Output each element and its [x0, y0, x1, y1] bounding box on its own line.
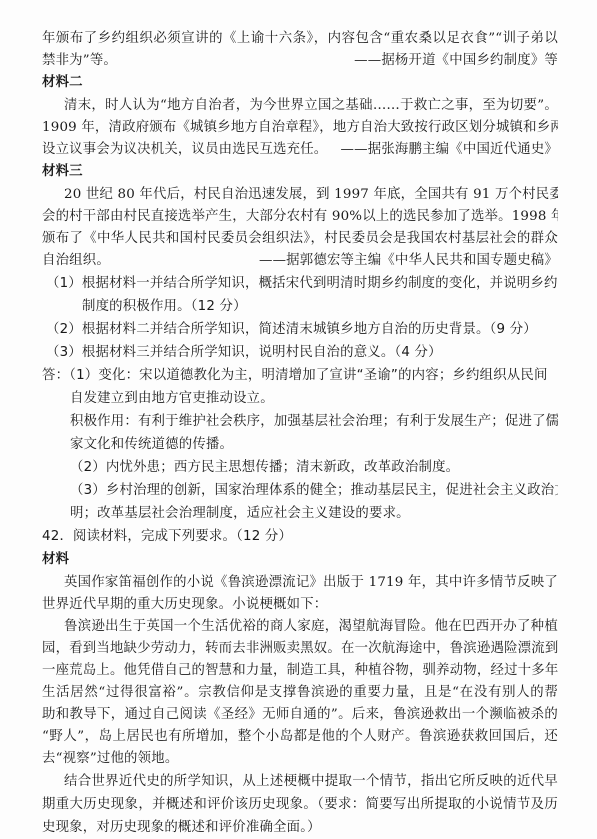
question-42-material-heading: 材料	[42, 549, 558, 571]
q42-summary-line: 一座荒岛上。他凭借自己的智慧和力量，制造工具，种植谷物，驯养动物，经过十多年，	[42, 660, 558, 682]
answer-label: （1）	[69, 368, 98, 383]
question-label: （1）	[46, 276, 82, 291]
answer-text: 变化：宋以道德教化为主，明清增加了宣讲“圣谕”的内容；乡约组织从民间	[98, 368, 547, 383]
material2-line: 清末，时人认为“地方自治者，为今世界立国之基础……于救亡之事，至为切要”。	[64, 95, 558, 117]
question-text: 根据材料三并结合所学知识，说明村民自治的意义。（4 分）	[82, 345, 442, 360]
q42-summary-line: 鲁滨逊出生于英国一个生活优裕的商人家庭，渴望航海冒险。他在巴西开办了种植	[64, 616, 558, 638]
question-text: 根据材料二并结合所学知识，简述清末城镇乡地方自治的历史背景。（9 分）	[82, 322, 537, 337]
q42-intro-line: 英国作家笛福创作的小说《鲁滨逊漂流记》出版于 1719 年，其中许多情节反映了	[64, 572, 558, 594]
answer-text: 乡村治理的创新，国家治理体系的健全；推动基层民主，促进社会主义政治文	[106, 483, 558, 498]
q42-task-line: 结合世界近代史的所学知识，从上述梗概中提取一个情节，指出它所反映的近代早	[64, 771, 558, 793]
material2-source: ——据张海鹏主编《中国近代通史》	[42, 139, 558, 161]
answer-1-cont: 自发建立到由地方官吏推动设立。	[70, 388, 558, 410]
question-42-title: 42．阅读材料，完成下列要求。（12 分）	[42, 526, 558, 548]
answer-1: 答：（1）变化：宋以道德教化为主，明清增加了宣讲“圣谕”的内容；乡约组织从民间	[42, 365, 558, 387]
q42-summary-line: “野人”，岛上居民也有所增加，整个小岛都是他的个人财产。鲁滨逊获救回国后，还	[42, 726, 558, 748]
q42-task-line: 史现象，对历史现象的概述和评价准确全面。）	[42, 817, 558, 839]
answer-1-positive-cont: 家文化和传统道德的传播。	[70, 434, 558, 456]
answer-1-positive: 积极作用：有利于维护社会秩序，加强基层社会治理；有利于发展生产；促进了儒	[70, 411, 558, 433]
material3-source: ——据郭德宏等主编《中华人民共和国专题史稿》	[42, 250, 558, 272]
answer-prefix: 答：	[42, 368, 69, 383]
question-1: （1）根据材料一并结合所学知识，概括宋代到明清时期乡约制度的变化，并说明乡约	[46, 273, 558, 295]
answer-3: （3）乡村治理的创新，国家治理体系的健全；推动基层民主，促进社会主义政治文	[70, 480, 558, 502]
question-2: （2）根据材料二并结合所学知识，简述清末城镇乡地方自治的历史背景。（9 分）	[46, 319, 558, 341]
q42-summary-line: 生活居然“过得很富裕”。宗教信仰是支撑鲁滨逊的重要力量，且是“在没有别人的帮	[42, 682, 558, 704]
material1-line: 年颁布了乡约组织必须宣讲的《上谕十六条》，内容包含“重农桑以足衣食”“训子弟以	[42, 28, 558, 50]
answer-3-cont: 明；改革基层社会治理制度，适应社会主义建设的要求。	[70, 503, 558, 525]
document-page: 年颁布了乡约组织必须宣讲的《上谕十六条》，内容包含“重农桑以足衣食”“训子弟以 …	[0, 0, 597, 839]
q42-intro-line: 世界近代早期的重大历史现象。小说梗概如下：	[42, 594, 558, 616]
question-label: （2）	[46, 322, 82, 337]
answer-label: （2）	[70, 460, 106, 475]
q42-task-line: 期重大历史现象，并概述和评价该历史现象。（要求：简要写出所提取的小说情节及历	[42, 794, 558, 816]
material1-source: ——据杨开道《中国乡约制度》等	[42, 50, 558, 72]
answer-2: （2）内忧外患；西方民主思想传播；清末新政，改革政治制度。	[70, 457, 558, 479]
material3-line: 20 世纪 80 年代后，村民自治迅速发展，到 1997 年底，全国共有 91 …	[64, 184, 558, 206]
material3-line: 会的村干部由村民直接选举产生，大部分农村有 90%以上的选民参加了选举。1998…	[42, 206, 558, 228]
material3-line: 颁布了《中华人民共和国村民委员会组织法》，村民委员会是我国农村基层社会的群众	[42, 228, 558, 250]
question-1-cont: 制度的积极作用。（12 分）	[82, 296, 558, 318]
question-3: （3）根据材料三并结合所学知识，说明村民自治的意义。（4 分）	[46, 342, 558, 364]
material2-line: 1909 年，清政府颁布《城镇乡地方自治章程》，地方自治大致按行政区划分城镇和乡…	[42, 117, 558, 139]
answer-text: 内忧外患；西方民主思想传播；清末新政，改革政治制度。	[106, 460, 459, 475]
q42-summary-line: 助和教导下，通过自己阅读《圣经》无师自通的”。后来，鲁滨逊救出一个濒临被杀的	[42, 704, 558, 726]
answer-label: （3）	[70, 483, 106, 498]
question-text: 根据材料一并结合所学知识，概括宋代到明清时期乡约制度的变化，并说明乡约	[82, 276, 558, 291]
q42-summary-line: 去“视察”过他的领地。	[42, 748, 558, 770]
material2-heading: 材料二	[42, 72, 558, 94]
q42-summary-line: 园，看到当地缺少劳动力，转而去非洲贩卖黑奴。在一次航海途中，鲁滨逊遇险漂流到	[42, 638, 558, 660]
material3-heading: 材料三	[42, 161, 558, 183]
question-label: （3）	[46, 345, 82, 360]
